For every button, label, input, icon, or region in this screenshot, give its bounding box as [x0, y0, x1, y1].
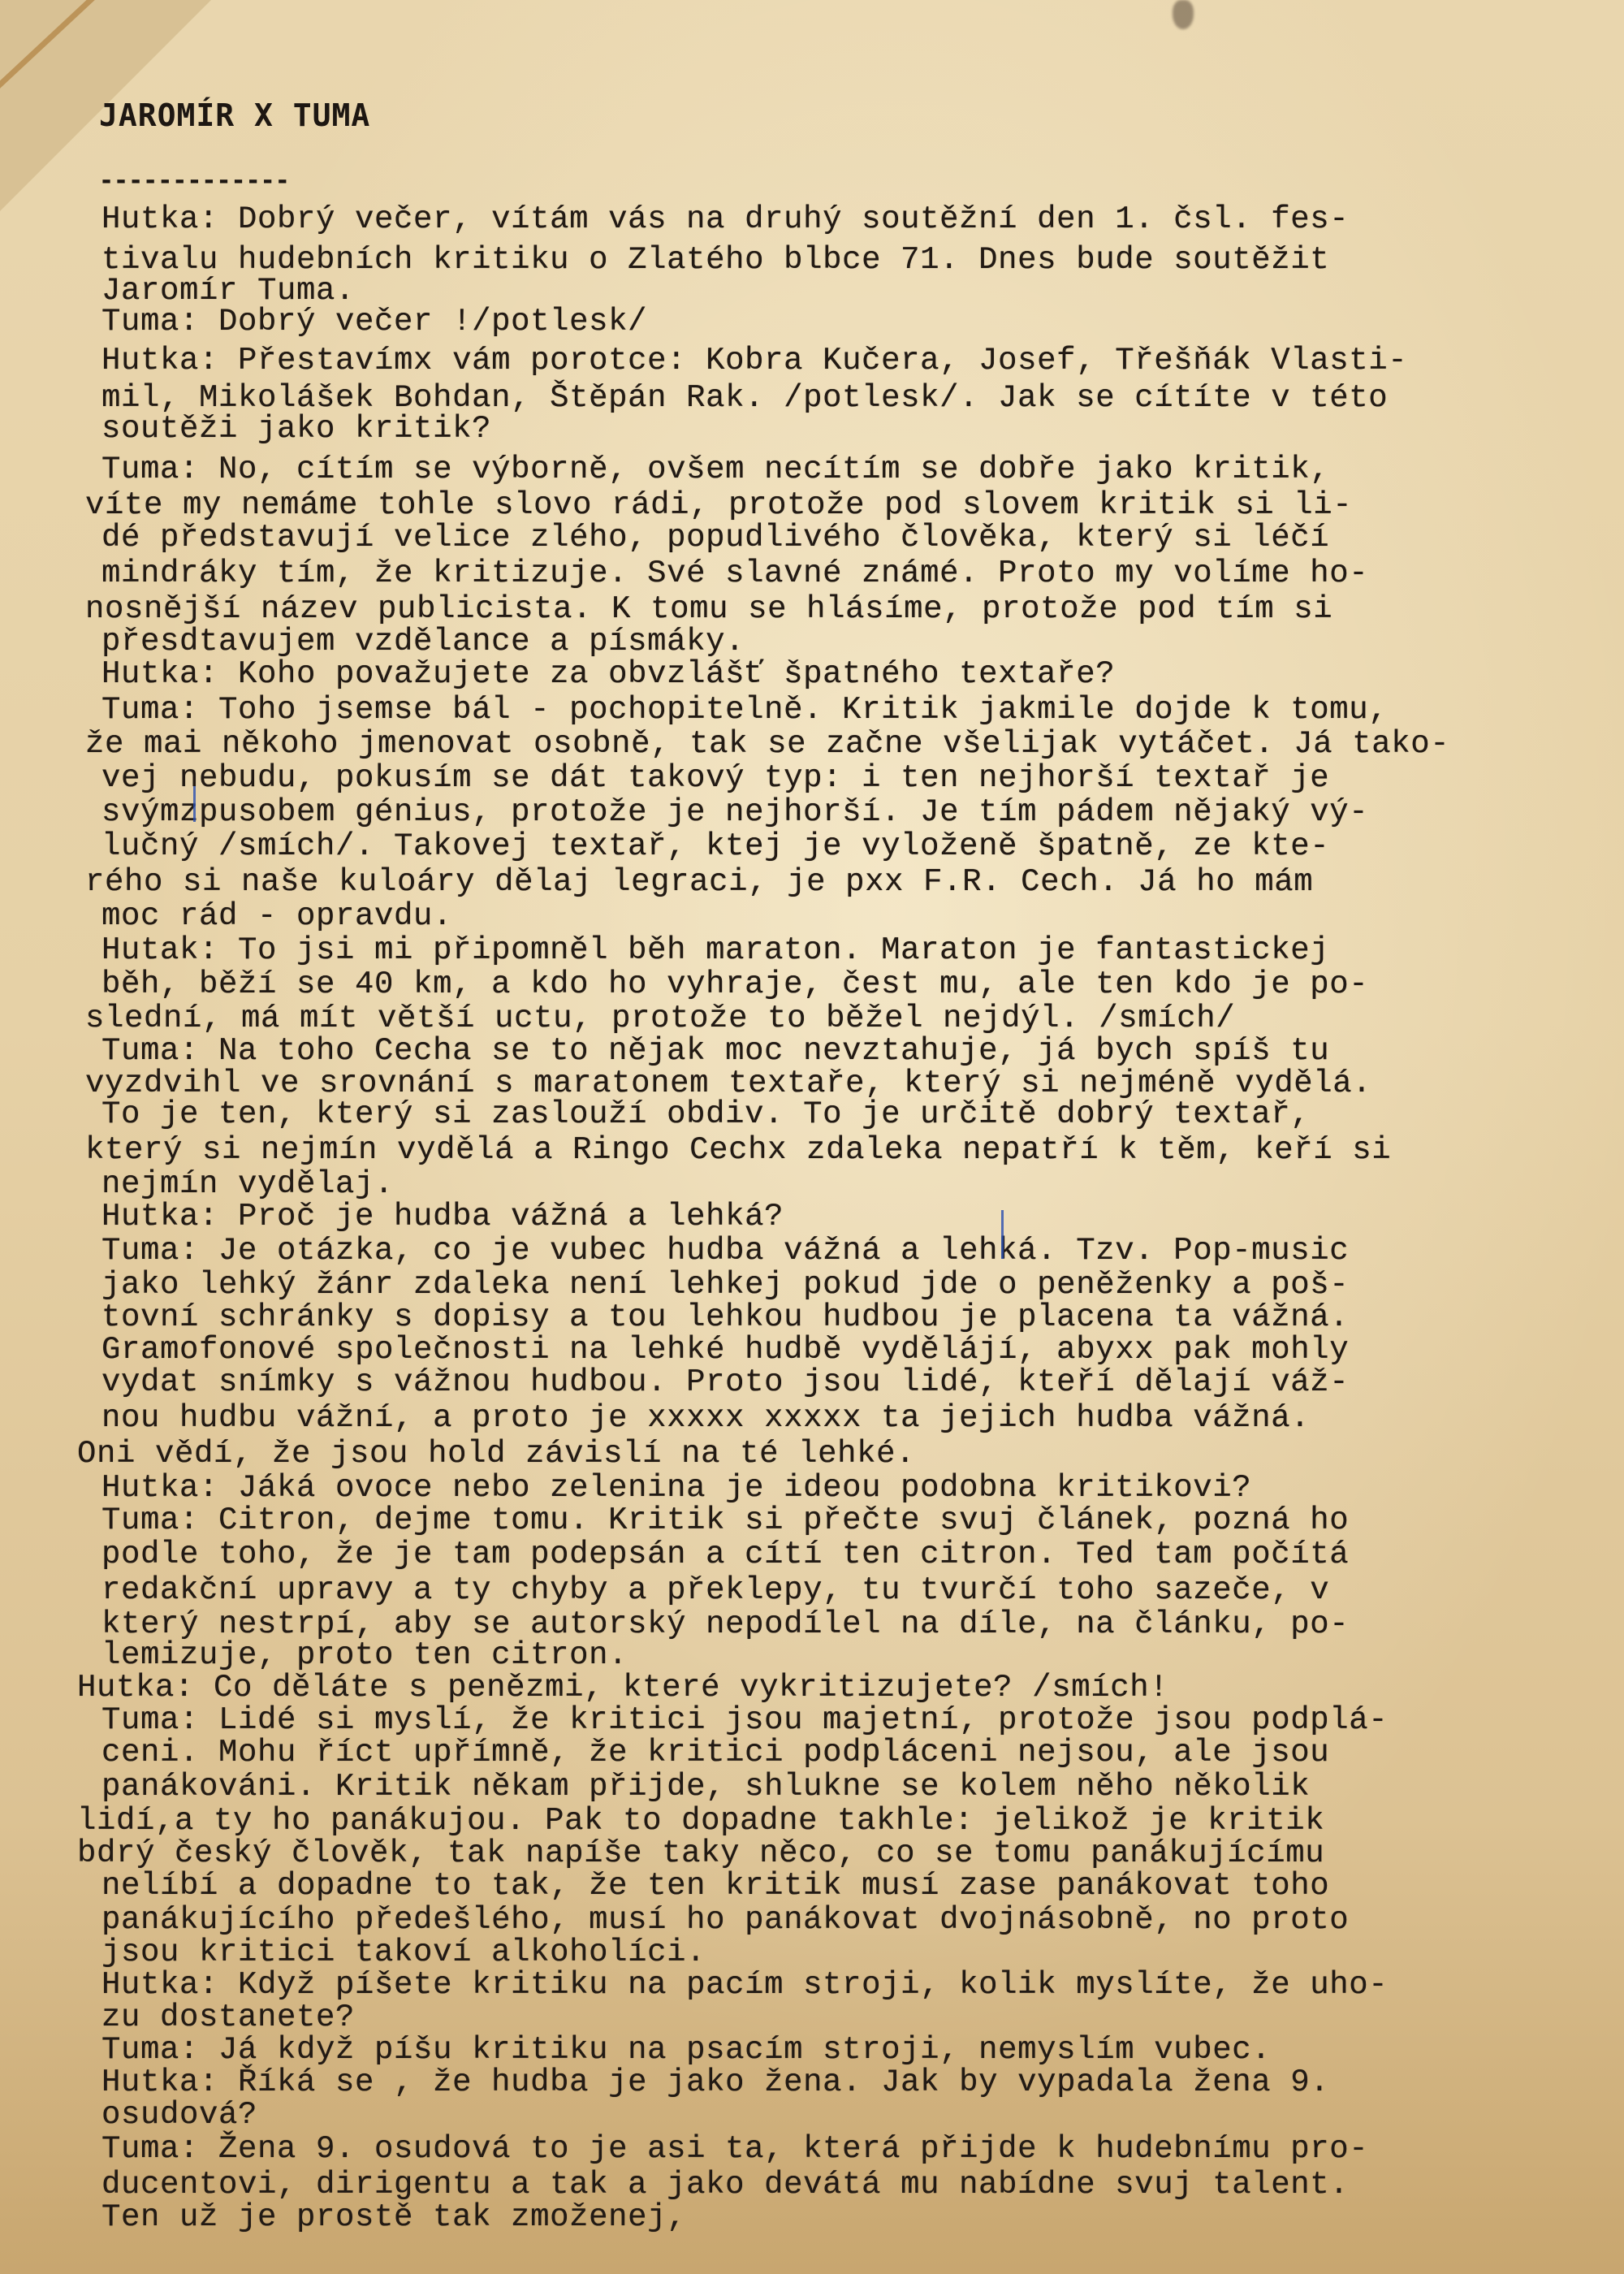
transcript-line: ceni. Mohu říct upřímně, že kritici podp… [101, 1735, 1329, 1770]
transcript-line: tovní schránky s dopisy a tou lehkou hud… [101, 1299, 1349, 1335]
transcript-line: lučný /smích/. Takovej textař, ktej je v… [101, 828, 1329, 864]
transcript-line: slední, má mít větší uctu, protože to bě… [85, 1001, 1235, 1036]
transcript-line: nejmín vydělaj. [101, 1166, 394, 1202]
transcript-line: vydat snímky s vážnou hudbou. Proto jsou… [101, 1364, 1349, 1400]
transcript-line: zu dostanete? [101, 1999, 355, 2035]
transcript-line: nosnější název publicista. K tomu se hlá… [85, 591, 1332, 627]
transcript-line: Tuma: No, cítím se výborně, ovšem necítí… [101, 452, 1329, 487]
transcript-line: Hutka: Jáká ovoce nebo zelenina je ideou… [101, 1470, 1251, 1506]
transcript-line: nelíbí a dopadne to tak, že ten kritik m… [101, 1868, 1329, 1904]
typewritten-page: JAROMÍR X TUMA ------------- Hutka: Dobr… [0, 0, 1624, 2274]
transcript-line: Ten už je prostě tak zmoženej, [101, 2199, 686, 2235]
transcript-line: jako lehký žánr zdaleka není lehkej poku… [101, 1267, 1349, 1303]
transcript-line: svýmzpusobem génius, protože je nejhorší… [101, 794, 1368, 830]
transcript-line: jsou kritici takoví alkoholíci. [101, 1935, 706, 1970]
transcript-line: soutěži jako kritik? [101, 411, 491, 447]
transcript-line: Tuma: Lidé si myslí, že kritici jsou maj… [101, 1702, 1388, 1738]
document-title: JAROMÍR X TUMA [99, 97, 370, 133]
transcript-line: vej nebudu, pokusím se dát takový typ: i… [101, 760, 1329, 796]
ink-smudge [1173, 0, 1194, 29]
transcript-line: panákováni. Kritik někam přijde, shlukne… [101, 1769, 1310, 1805]
pen-correction-mark [1001, 1210, 1004, 1259]
transcript-line: Hutka: Říká se , že hudba je jako žena. … [101, 2064, 1329, 2100]
transcript-line: osudová? [101, 2097, 257, 2133]
transcript-line: Hutka: Dobrý večer, vítám vás na druhý s… [101, 201, 1349, 237]
transcript-line: lemizuje, proto ten citron. [101, 1637, 628, 1673]
transcript-line: nou hudbu vážní, a proto je xxxxx xxxxx … [101, 1400, 1310, 1436]
title-underline: ------------- [99, 166, 290, 195]
transcript-line: Oni vědí, že jsou hold závislí na té leh… [77, 1436, 915, 1472]
transcript-line: rého si naše kuloáry dělaj legraci, je p… [85, 864, 1313, 900]
transcript-line: Gramofonové společnosti na lehké hudbě v… [101, 1332, 1349, 1368]
transcript-line: víte my nemáme tohle slovo rádi, protože… [85, 487, 1352, 523]
transcript-line: přesdtavujem vzdělance a písmáky. [101, 624, 745, 659]
transcript-line: že mai někoho jmenovat osobně, tak se za… [85, 726, 1449, 762]
transcript-line: moc rád - opravdu. [101, 898, 452, 934]
transcript-line: Hutka: Koho považujete za obvzlášť špatn… [101, 656, 1115, 692]
transcript-line: To je ten, který si zaslouží obdiv. To j… [101, 1096, 1310, 1132]
transcript-line: Hutka: Když píšete kritiku na pacím stro… [101, 1967, 1388, 2003]
transcript-line: podle toho, že je tam podepsán a cítí te… [101, 1537, 1349, 1572]
transcript-line: bdrý český člověk, tak napíše taky něco,… [77, 1835, 1324, 1871]
transcript-line: Tuma: Žena 9. osudová to je asi ta, kter… [101, 2131, 1368, 2167]
transcript-line: ducentovi, dirigentu a tak a jako devátá… [101, 2167, 1349, 2203]
transcript-line: redakční upravy a ty chyby a překlepy, t… [101, 1572, 1329, 1608]
transcript-line: Hutak: To jsi mi připomněl běh maraton. … [101, 932, 1329, 968]
transcript-line: panákujícího předešlého, musí ho panákov… [101, 1902, 1349, 1938]
transcript-line: Tuma: Na toho Cecha se to nějak moc nevz… [101, 1033, 1329, 1069]
transcript-line: Hutka: Přestavímx vám porotce: Kobra Kuč… [101, 343, 1407, 378]
transcript-line: lidí,a ty ho panákujou. Pak to dopadne t… [77, 1803, 1324, 1839]
transcript-line: Tuma: Citron, dejme tomu. Kritik si přeč… [101, 1502, 1349, 1538]
transcript-line: Tuma: Dobrý večer !/potlesk/ [101, 304, 647, 339]
transcript-line: Hutka: Co děláte s penězmi, které vykrit… [77, 1670, 1168, 1705]
transcript-line: Tuma: Je otázka, co je vubec hudba vážná… [101, 1233, 1349, 1269]
transcript-line: který si nejmín vydělá a Ringo Cechx zda… [85, 1132, 1391, 1168]
transcript-line: mindráky tím, že kritizuje. Své slavné z… [101, 556, 1368, 591]
transcript-line: Tuma: Já když píšu kritiku na psacím str… [101, 2032, 1271, 2068]
transcript-line: dé představují velice zlého, popudlivého… [101, 520, 1329, 556]
transcript-line: Hutka: Proč je hudba vážná a lehká? [101, 1199, 784, 1234]
transcript-line: Tuma: Toho jsemse bál - pochopitelně. Kr… [101, 692, 1388, 728]
pen-correction-mark [193, 786, 196, 822]
transcript-line: běh, běží se 40 km, a kdo ho vyhraje, če… [101, 966, 1368, 1002]
